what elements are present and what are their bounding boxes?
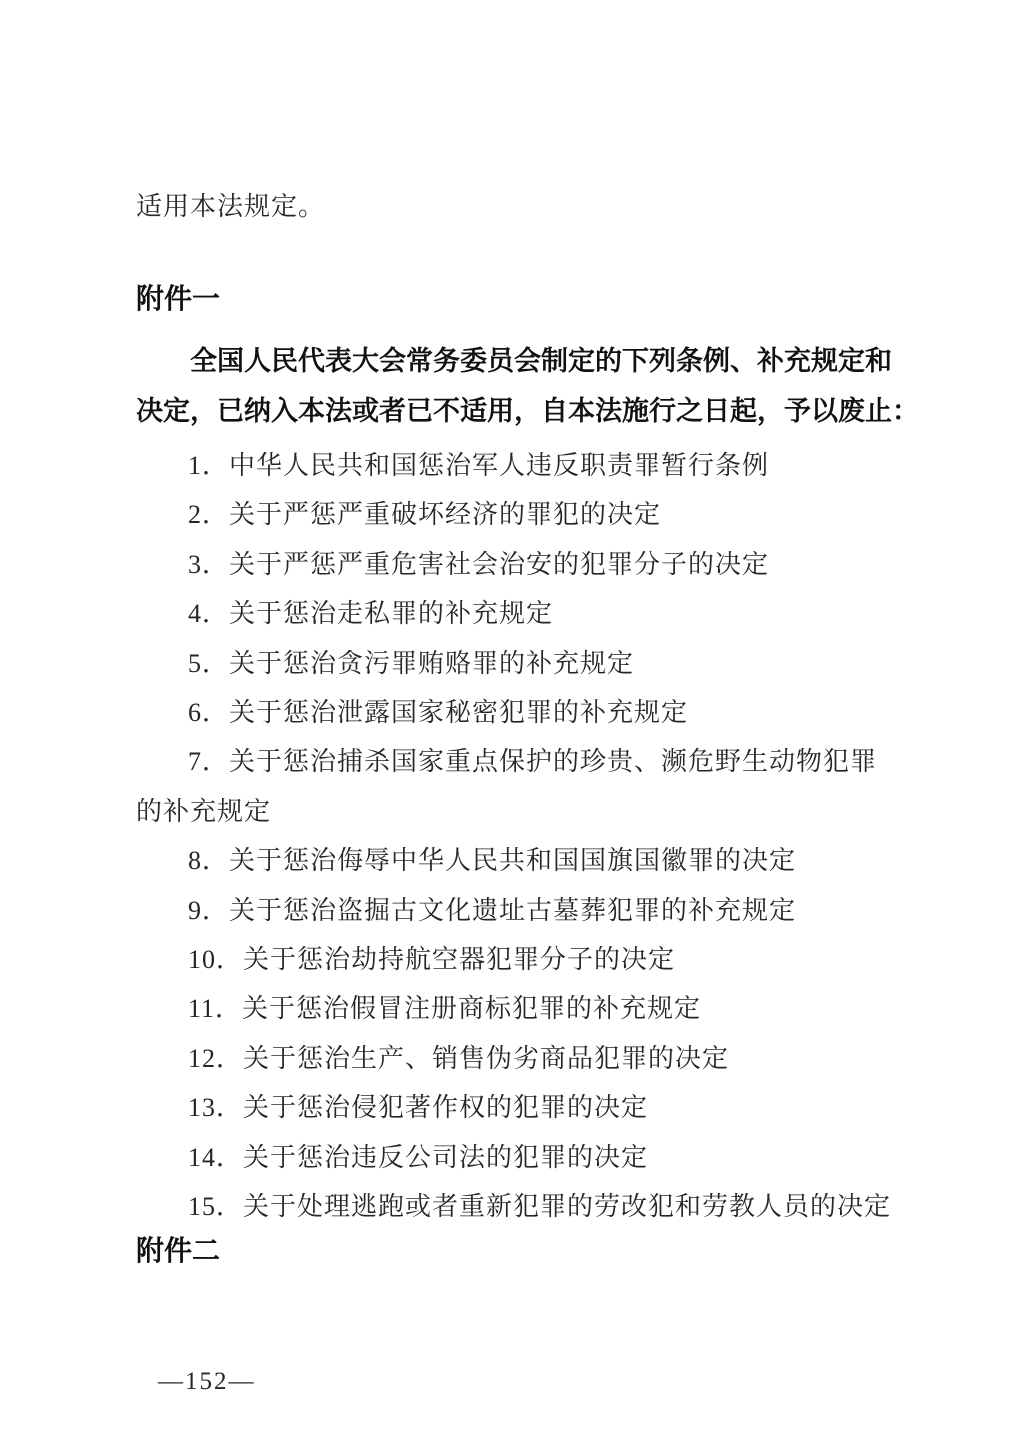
appendix-one-heading: 附件一 bbox=[136, 280, 220, 318]
list-item-1: 1．中华人民共和国惩治军人违反职责罪暂行条例 bbox=[136, 441, 916, 490]
list-item-9: 9．关于惩治盗掘古文化遗址古墓葬犯罪的补充规定 bbox=[136, 886, 916, 935]
document-page: 适用本法规定。 附件一 全国人民代表大会常务委员会制定的下列条例、补充规定和 决… bbox=[0, 0, 1024, 1448]
paragraph-continuation: 适用本法规定。 bbox=[136, 188, 325, 226]
list-item-2: 2．关于严惩严重破坏经济的罪犯的决定 bbox=[136, 490, 916, 539]
list-item-5: 5．关于惩治贪污罪贿赂罪的补充规定 bbox=[136, 639, 916, 688]
list-item-7: 7．关于惩治捕杀国家重点保护的珍贵、濒危野生动物犯罪 bbox=[136, 737, 916, 786]
appendix-one-intro-line-2: 决定，已纳入本法或者已不适用，自本法施行之日起，予以废止： bbox=[136, 386, 916, 436]
list-item-11: 11．关于惩治假冒注册商标犯罪的补充规定 bbox=[136, 984, 916, 1033]
appendix-one-intro-line-1: 全国人民代表大会常务委员会制定的下列条例、补充规定和 bbox=[136, 336, 916, 386]
list-item-13: 13．关于惩治侵犯著作权的犯罪的决定 bbox=[136, 1083, 916, 1132]
list-item-14: 14．关于惩治违反公司法的犯罪的决定 bbox=[136, 1133, 916, 1182]
appendix-one-intro: 全国人民代表大会常务委员会制定的下列条例、补充规定和 决定，已纳入本法或者已不适… bbox=[136, 336, 916, 436]
list-item-6: 6．关于惩治泄露国家秘密犯罪的补充规定 bbox=[136, 688, 916, 737]
list-item-7-continuation: 的补充规定 bbox=[136, 787, 916, 836]
repealed-regulations-list: 1．中华人民共和国惩治军人违反职责罪暂行条例 2．关于严惩严重破坏经济的罪犯的决… bbox=[136, 441, 916, 1232]
list-item-3: 3．关于严惩严重危害社会治安的犯罪分子的决定 bbox=[136, 540, 916, 589]
list-item-10: 10．关于惩治劫持航空器犯罪分子的决定 bbox=[136, 935, 916, 984]
list-item-4: 4．关于惩治走私罪的补充规定 bbox=[136, 589, 916, 638]
page-number: —152— bbox=[158, 1368, 256, 1396]
list-item-15: 15．关于处理逃跑或者重新犯罪的劳改犯和劳教人员的决定 bbox=[136, 1182, 916, 1231]
list-item-8: 8．关于惩治侮辱中华人民共和国国旗国徽罪的决定 bbox=[136, 836, 916, 885]
appendix-two-heading: 附件二 bbox=[136, 1232, 220, 1270]
list-item-12: 12．关于惩治生产、销售伪劣商品犯罪的决定 bbox=[136, 1034, 916, 1083]
